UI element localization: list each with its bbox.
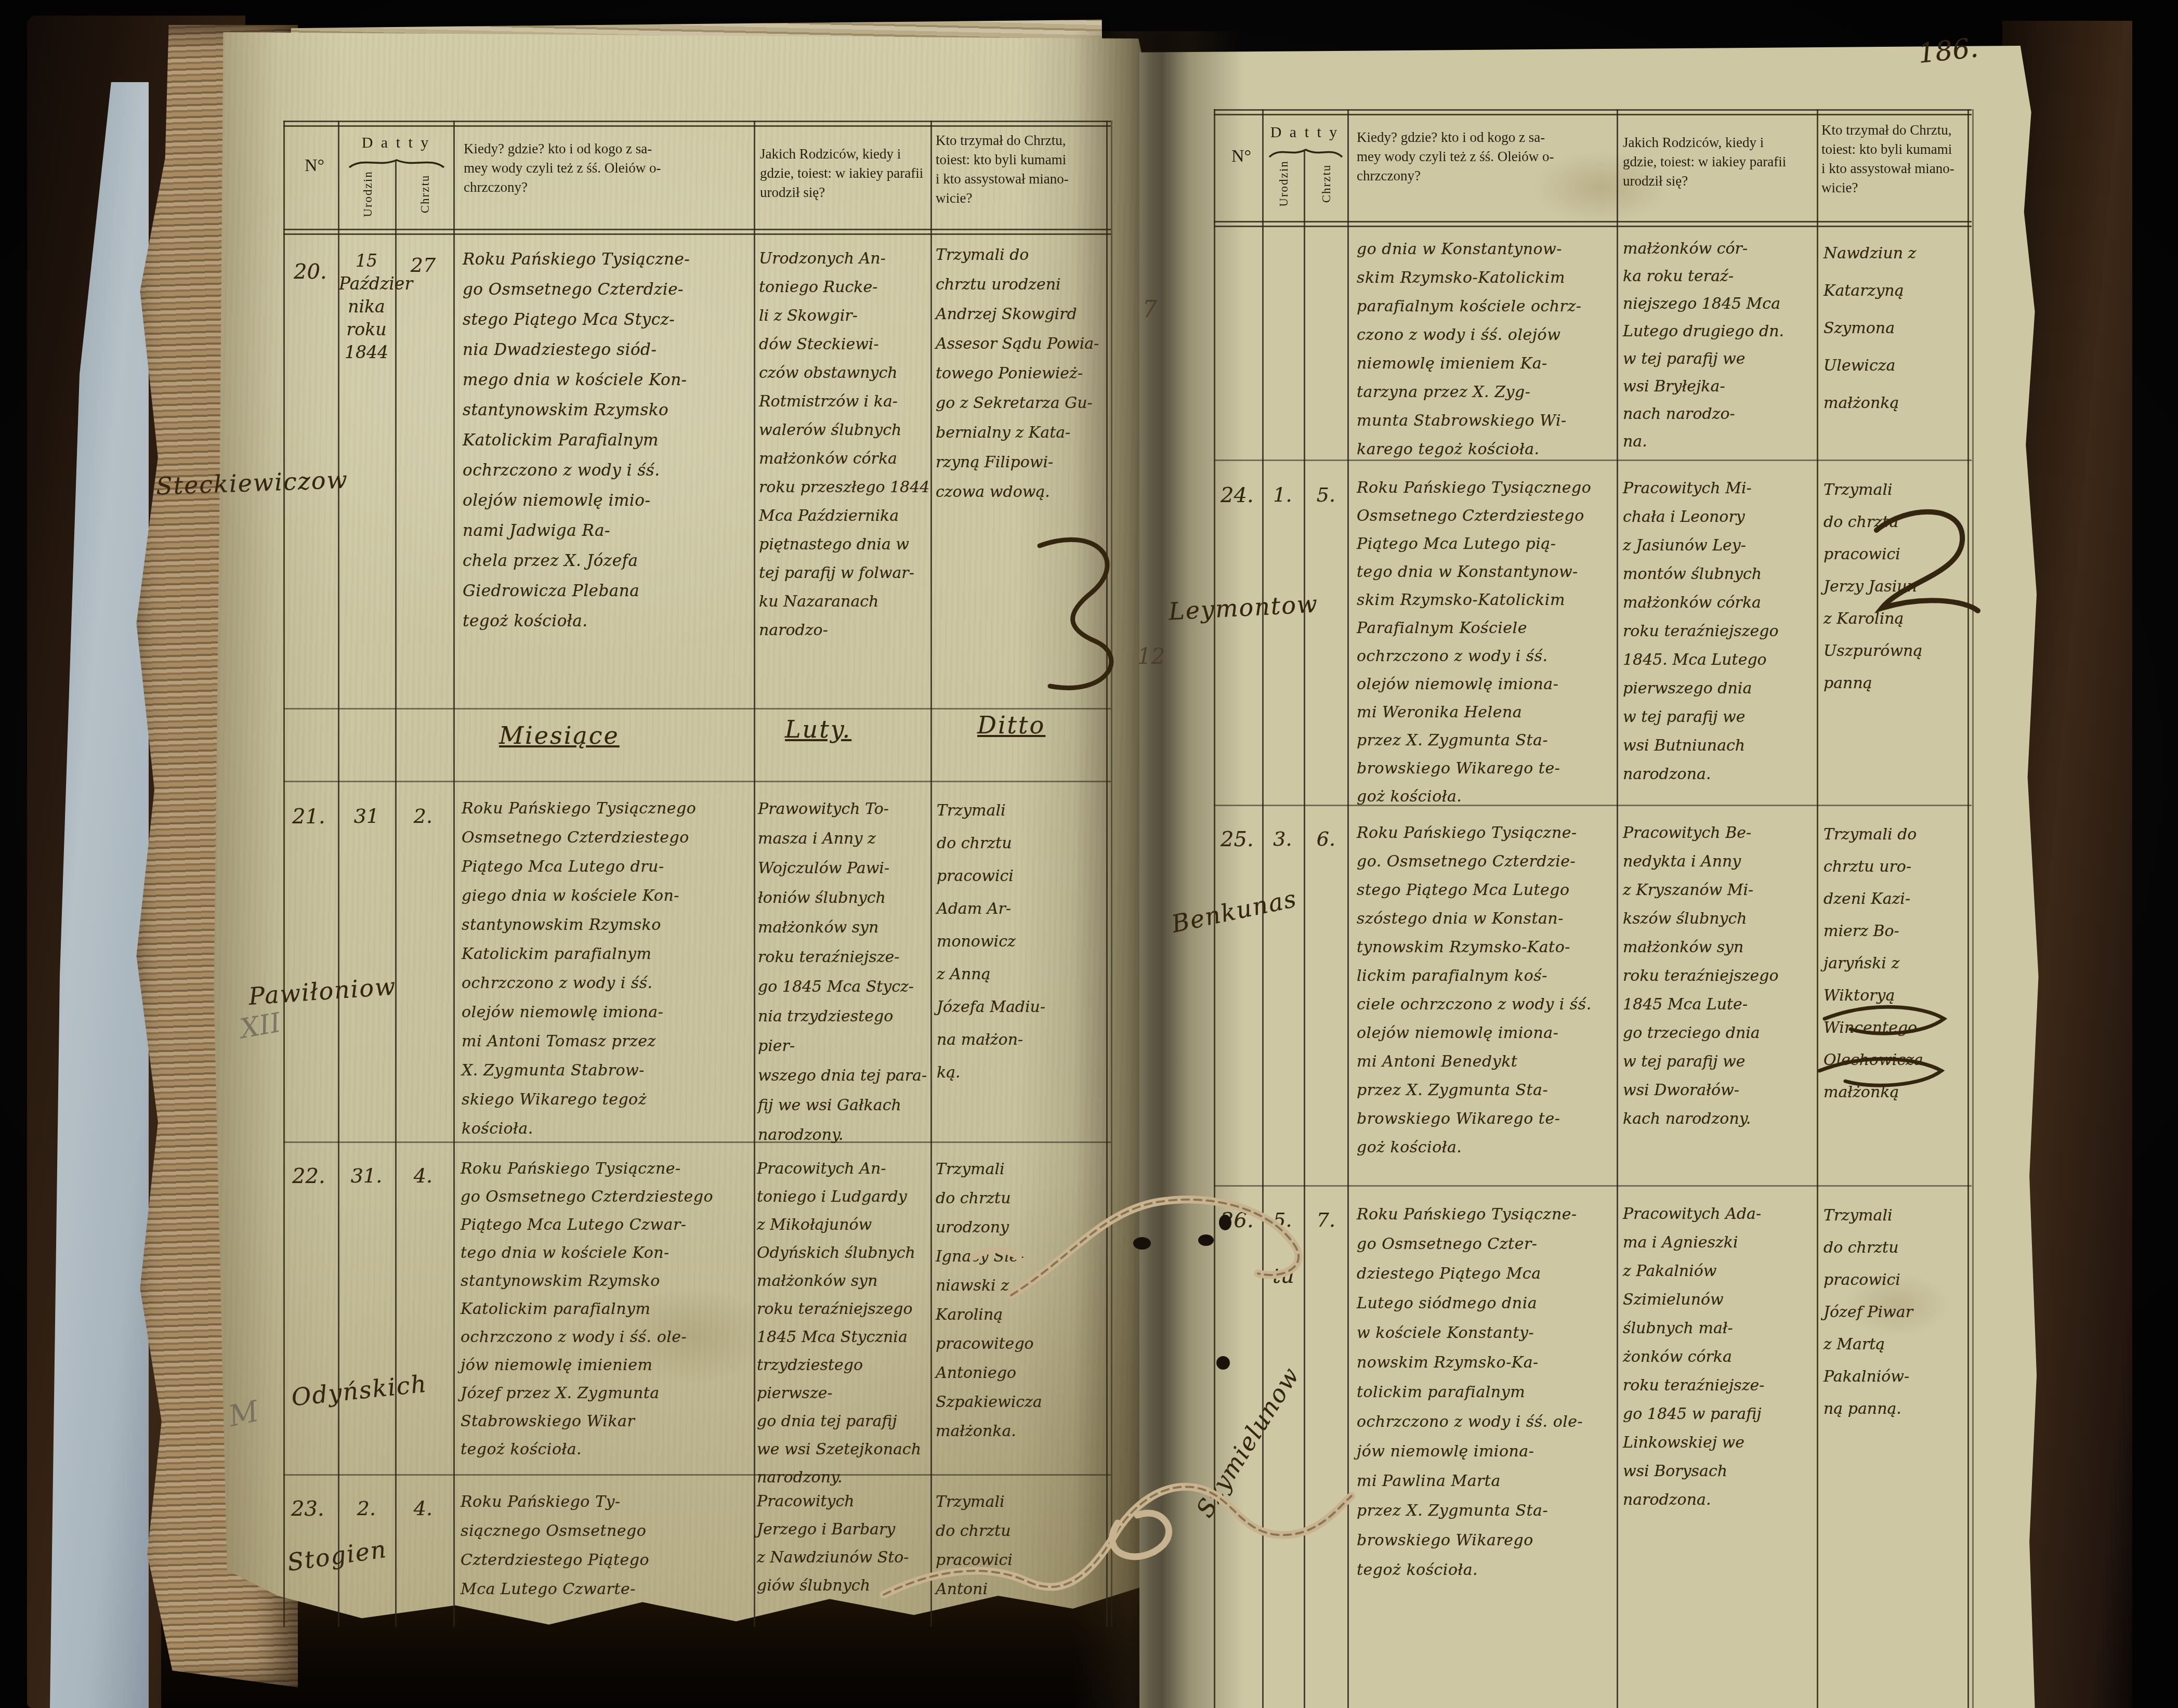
register-book-scan: 186. N° D a t t y Urodzin Chrztu Kiedy? … — [0, 0, 2178, 1708]
binding-twine — [0, 0, 2178, 1708]
